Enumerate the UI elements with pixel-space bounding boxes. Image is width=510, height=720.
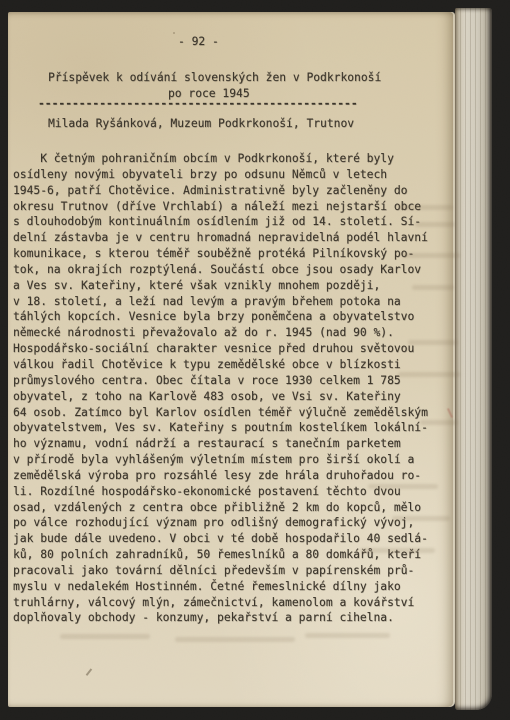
bleedthrough-mark [60,634,150,639]
title-underline: ----------------------------------------… [38,97,358,110]
document-page: - 92 - Příspěvek k odívání slovenských ž… [8,12,455,707]
bleedthrough-mark [398,205,453,210]
article-body-paragraph: K četným pohraničním obcím v Podkrkonoší… [13,151,428,626]
page-number: - 92 - [178,35,219,48]
bleedthrough-mark [408,340,458,345]
author-line: Milada Ryšánková, Muzeum Podkrkonoší, Tr… [48,117,354,130]
bleedthrough-mark [392,516,450,521]
bleedthrough-mark [360,548,435,553]
bleedthrough-mark [398,372,460,377]
bleedthrough-mark [305,633,390,638]
article-title-line-1: Příspěvek k odívání slovenských žen v Po… [48,71,381,84]
book-page-edges [455,8,492,710]
bleedthrough-mark [420,420,458,425]
bleedthrough-mark [412,285,454,290]
bleedthrough-mark [402,253,460,258]
bleedthrough-mark [368,484,438,489]
paper-speckle [173,32,175,34]
bleedthrough-mark [175,637,295,642]
bleedthrough-mark [415,222,455,227]
paper-speckle [268,585,270,587]
